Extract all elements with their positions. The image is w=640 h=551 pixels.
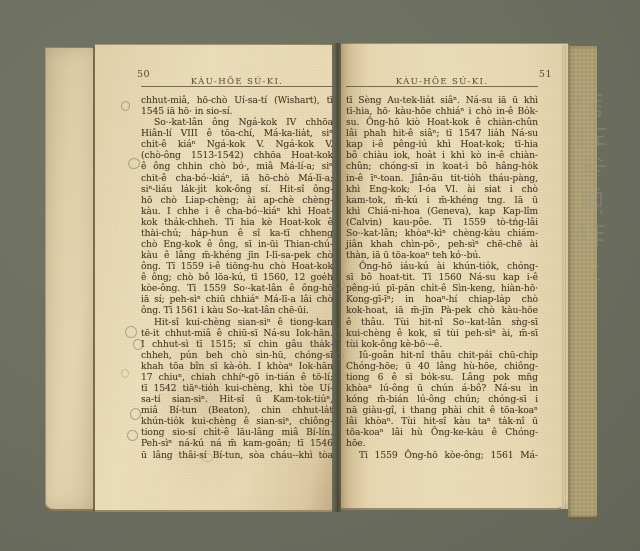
text-line: tùi kok-ông kè-bō·--ê. bbox=[346, 339, 538, 350]
right-page-header: KÀU-HŌE SÚ-KI. 51 bbox=[346, 69, 538, 82]
text-line: su.Ông-hōkiòHoat-kokêchiàn-chûn bbox=[346, 117, 538, 128]
text-line: khòaⁿlú-ôngūchúná-bô?Ná-suìn bbox=[346, 383, 538, 394]
left-page-body: chhut-miâ,hō-chòUí-sa-tí(Wishart),tī1545… bbox=[141, 95, 333, 461]
text-line: sa-tísian-siⁿ.Hit-sîūKam-tok-tiúⁿ, bbox=[141, 394, 333, 405]
text-line: iāsí;peh-sìⁿchiūchhiáⁿMá-lī-alâichò bbox=[141, 294, 333, 305]
text-line: hōchòLiap-chèng;àiap-chèchèng- bbox=[141, 195, 333, 206]
text-line: êthâu.Tùihit-nîSo·-kat-lânsǹg-sī bbox=[346, 317, 538, 328]
text-line: tiong6êsībo̍k-su.Lângpokmn̄g bbox=[346, 372, 538, 383]
text-line: Ichhut-sìtī1515;sīchingâutha̍k- bbox=[141, 339, 333, 350]
text-line: Iû-goânhit-nîthâuchit-páichū-chi̍p bbox=[346, 350, 538, 361]
text-line: khìChiá-ni-hoa(Geneva),kapKap-lîm bbox=[346, 206, 538, 217]
text-line: tōa-koaⁿlâihùÔng-ke-kàuêChóng- bbox=[346, 427, 538, 438]
text-line: kóngm̄-biánlú-ôngchún;chóng-sīi bbox=[346, 394, 538, 405]
running-header-title: KÀU-HŌE SÚ-KI. bbox=[191, 77, 283, 87]
left-page-number: 50 bbox=[137, 69, 150, 80]
text-line: kam-tok,m̄-kúim̄-khéngtng.Iāū bbox=[346, 195, 538, 206]
text-line: miâBí-tun(Beaton),chinchhut-la̍t bbox=[141, 405, 333, 416]
margin-handwriting-pencil-annotation bbox=[565, 84, 627, 294]
text-line: kok-hoat,iām̄-jīnPà-pekchòkàu-hōe bbox=[346, 305, 538, 316]
text-line: ông. Tī 1561 i kàu So·-kat-lân chē-ūi. bbox=[141, 305, 333, 316]
text-line: So·-kat-lân;khòaⁿ-kìⁿchèng-kàuchiám- bbox=[346, 228, 538, 239]
text-line: êông;chòbôlōa-kú,tī1560,12goe̍h bbox=[141, 272, 333, 283]
right-page-body: tīSèngAu-tek-lia̍tsiâⁿ.Ná-suiāūkhìtī-hia… bbox=[346, 95, 538, 461]
book-page-left: 50 KÀU-HŌE SÚ-KI. chhut-miâ,hō-chòUí-sa-… bbox=[95, 44, 332, 512]
right-page-number: 51 bbox=[539, 69, 552, 80]
text-line: Hit-sîkui-chèngsian-siⁿêtiong-kan bbox=[141, 317, 333, 328]
text-line: nāgiàu-gî,ithangphàichitêtōa-koaⁿ bbox=[346, 405, 538, 416]
text-line: chûn;chóng-sīinkoat-ìbôhâng-ho̍k bbox=[346, 161, 538, 172]
left-page-header: 50 KÀU-HŌE SÚ-KI. bbox=[141, 69, 333, 82]
text-line: tī1542tiāⁿ-tio̍hkui-chèng,khìtòeUí- bbox=[141, 383, 333, 394]
text-line: pêng-iúpī-pānchi̍t-êSìn-keng,hiàn-hō· bbox=[346, 283, 538, 294]
text-line: Hiân-líVIIIêtōa-chí,Má-ka-lia̍t,siⁿ bbox=[141, 128, 333, 139]
text-line: kapi-êpêng-iúkhìHoat-kok;tī-hia bbox=[346, 139, 538, 150]
text-line: tē-itchhut-miâêchiū-sīNá-suIok-hān. bbox=[141, 328, 333, 339]
text-line: tiongsio-síchi̍t-êlāu-lângmiâBí-lín. bbox=[141, 427, 333, 438]
text-line: kàuêlângm̄-khéngjīnI-lī-sa-pekchò bbox=[141, 250, 333, 261]
photo-background: 50 KÀU-HŌE SÚ-KI. chhut-miâ,hō-chòUí-sa-… bbox=[0, 0, 640, 551]
text-line: Tī1559Ông-hōkòe-ông;1561Má- bbox=[346, 450, 538, 461]
text-line: tī-hia,hō·kàu-hōechhiáⁿichòin-êBo̍k- bbox=[346, 106, 538, 117]
text-line: khahtōabînsīkà-o̍h.IkhòaⁿIok-hān bbox=[141, 361, 333, 372]
text-line: (Calvin)kau-pôe.Tī1559tò-tńg-lâi bbox=[346, 217, 538, 228]
book-page-right: KÀU-HŌE SÚ-KI. 51 tīSèngAu-tek-lia̍tsiâⁿ… bbox=[341, 43, 568, 510]
text-line: ūlângthâi-síBí-tun,sòacháu--khìtòa bbox=[141, 450, 333, 461]
text-line: Peh-sìⁿná-kúnám̄kam-goān;tī1546 bbox=[141, 438, 333, 449]
text-line: jiânkhahchìn-pō·,peh-sìⁿchē-chēài bbox=[346, 239, 538, 250]
text-line: hōe. bbox=[346, 438, 538, 449]
text-line: lâikhòaⁿ.Tùihit-sîkàutaⁿta̍k-nîū bbox=[346, 416, 538, 427]
text-line: 1545 iā hō· in sio-sí. bbox=[141, 106, 333, 117]
text-line: Ông-hōiáu-kúàikhún-tio̍k,chóng- bbox=[346, 261, 538, 272]
text-line: So·-kat-lânôngNgá-kokIVchhōa bbox=[141, 117, 333, 128]
text-line: Kong-gī-īⁿ;inhoaⁿ-híchiap-la̍pchò bbox=[346, 294, 538, 305]
text-line: chheh,púnbehchòsìn-hū,chóng-sī bbox=[141, 350, 333, 361]
text-line: kàu.Ichheiêcha-bó·-kiáⁿkhìHoat- bbox=[141, 206, 333, 217]
text-line: lâiphahhit-êsiâⁿ;tī1547lia̍hNá-su bbox=[346, 128, 538, 139]
text-line: in-êīⁿ-toan.Jiân-āutit-tio̍htháu-pàng, bbox=[346, 173, 538, 184]
text-line: khún-tio̍kkui-chèngêsian-siⁿ,chiông- bbox=[141, 416, 333, 427]
text-line: thàn, iā ū tōa-koaⁿ teh kó·-bú. bbox=[346, 250, 538, 261]
text-line: kui-chèngêkok,sītùipeh-sìⁿài,m̄-sī bbox=[346, 328, 538, 339]
text-line: thài-chú;ha̍p-hunêsîka-tīchheng bbox=[141, 228, 333, 239]
text-line: Chóng-hōe;ū40lânghù-hōe,chiông- bbox=[346, 361, 538, 372]
text-line: êôngchhinchòbó·,miâMá-lí-a;siⁿ bbox=[141, 161, 333, 172]
text-line: tīSèngAu-tek-lia̍tsiâⁿ.Ná-suiāūkhì bbox=[346, 95, 538, 106]
book-cover-left-edge bbox=[45, 47, 96, 511]
text-line: sībôhoat-tit.Tī1560Ná-sukapi-ê bbox=[346, 272, 538, 283]
text-line: (chò-ông1513-1542)chhōaHoat-kok bbox=[141, 150, 333, 161]
text-line: chit-êkiáⁿNgá-kokV.Ngá-kokV. bbox=[141, 139, 333, 150]
text-line: chhut-miâ,hō-chòUí-sa-tí(Wishart),tī bbox=[141, 95, 333, 106]
text-line: koktha̍k-chheh.TīhiakèHoat-kokê bbox=[141, 217, 333, 228]
text-line: 17chiuⁿ,chiahchhíⁿ-gōin-tiánêtō-lí; bbox=[141, 372, 333, 383]
right-page-text-column: KÀU-HŌE SÚ-KI. 51 tīSèngAu-tek-lia̍tsiâⁿ… bbox=[346, 69, 538, 461]
left-page-text-column: 50 KÀU-HŌE SÚ-KI. chhut-miâ,hō-chòUí-sa-… bbox=[141, 69, 333, 461]
text-line: bôchiàuiok,hoa̍tikhìkòin-êchiàn- bbox=[346, 150, 538, 161]
text-line: khìEng-kok;I-óaVI.àisiatichò bbox=[346, 184, 538, 195]
text-line: siⁿ-liáula̍k-ji̍tkok-ôngsí.Hit-sîông- bbox=[141, 184, 333, 195]
open-book: 50 KÀU-HŌE SÚ-KI. chhut-miâ,hō-chòUí-sa-… bbox=[45, 43, 596, 516]
text-line: chit-êcha-bó·-kiáⁿ,iāhō-chòMá-lī-a; bbox=[141, 173, 333, 184]
text-line: ông.Tī1559i-êtiōng-huchòHoat-kok bbox=[141, 261, 333, 272]
text-line: kòe-ông.Tī1559So·-kat-lânêông-hō bbox=[141, 283, 333, 294]
running-header-title: KÀU-HŌE SÚ-KI. bbox=[396, 77, 488, 87]
text-line: chòEng-kokêông,sīin-ūiThian-chú- bbox=[141, 239, 333, 250]
